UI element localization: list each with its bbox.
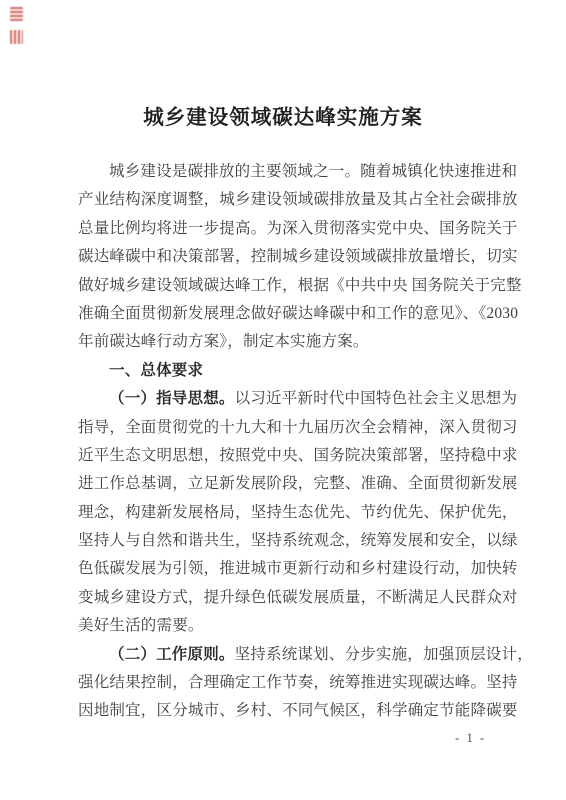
body-line: 进工作总基调，立足新发展阶段，完整、准确、全面贯彻新发展 (78, 470, 488, 498)
body-line: 色低碳发展为引领，推进城市更新行动和乡村建设行动，加快转 (78, 555, 488, 583)
body-line: 年前碳达峰行动方案》，制定本实施方案。 (78, 328, 488, 356)
body-text: 以习近平新时代中国特色社会主义思想为 (235, 390, 518, 407)
body-line: 城乡建设是碳排放的主要领域之一。随着城镇化快速推进和 (78, 158, 488, 186)
body-line: 理念，构建新发展格局，坚持生态优先、节约优先、保护优先， (78, 499, 488, 527)
body-line: 做好城乡建设领域碳达峰工作，根据《中共中央 国务院关于完整 (78, 272, 488, 300)
body-text: 坚持系统谋划、分步实施，加强顶层设计， (235, 646, 533, 663)
body-line: 碳达峰碳中和决策部署，控制城乡建设领域碳排放量增长，切实 (78, 243, 488, 271)
red-stamp-icon (10, 7, 23, 21)
document-page: 城乡建设领域碳达峰实施方案 城乡建设是碳排放的主要领域之一。随着城镇化快速推进和… (0, 0, 566, 800)
paragraph-lead: （一）指导思想。 (109, 390, 235, 407)
red-stamp-icon (10, 30, 23, 44)
body-line: （二）工作原则。坚持系统谋划、分步实施，加强顶层设计， (78, 641, 488, 669)
body-line: 产业结构深度调整，城乡建设领域碳排放量及其占全社会碳排放 (78, 186, 488, 214)
paragraph-lead: （二）工作原则。 (109, 646, 235, 663)
page-number: - 1 - (455, 731, 486, 746)
body-line: 变城乡建设方式，提升绿色低碳发展质量，不断满足人民群众对 (78, 584, 488, 612)
body-line: 总量比例均将进一步提高。为深入贯彻落实党中央、国务院关于 (78, 215, 488, 243)
body-line: 因地制宜，区分城市、乡村、不同气候区，科学确定节能降碳要 (78, 697, 488, 725)
section-heading: 一、总体要求 (78, 357, 488, 385)
document-title: 城乡建设领域碳达峰实施方案 (0, 100, 566, 130)
document-body: 城乡建设是碳排放的主要领域之一。随着城镇化快速推进和 产业结构深度调整，城乡建设… (78, 158, 488, 726)
body-line: 指导，全面贯彻党的十九大和十九届历次全会精神，深入贯彻习 (78, 414, 488, 442)
body-line: 近平生态文明思想，按照党中央、国务院决策部署，坚持稳中求 (78, 442, 488, 470)
body-line: 坚持人与自然和谐共生，坚持系统观念，统筹发展和安全，以绿 (78, 527, 488, 555)
body-line: 强化结果控制，合理确定工作节奏，统筹推进实现碳达峰。坚持 (78, 669, 488, 697)
body-line: 准确全面贯彻新发展理念做好碳达峰碳中和工作的意见》、《2030 (78, 300, 488, 328)
body-line: （一）指导思想。以习近平新时代中国特色社会主义思想为 (78, 385, 488, 413)
body-line: 美好生活的需要。 (78, 612, 488, 640)
